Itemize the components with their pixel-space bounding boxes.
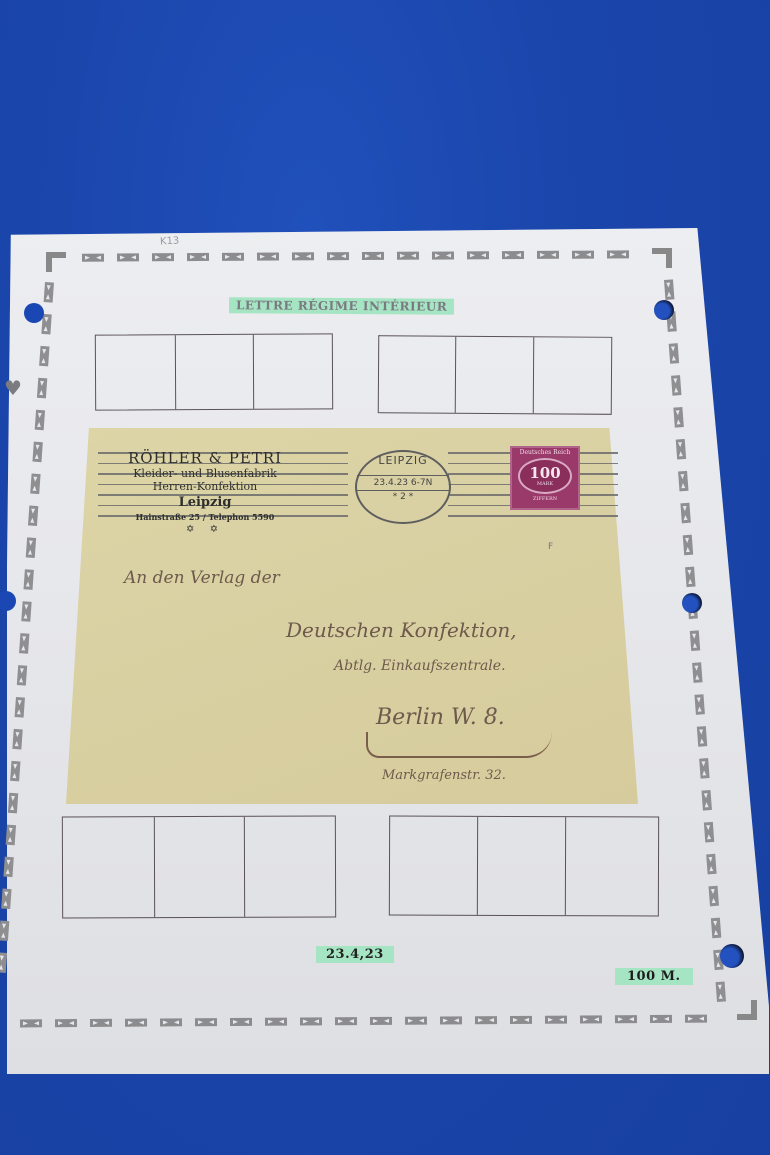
stamp-mount — [155, 817, 245, 917]
date-label: 23.4,23 — [316, 946, 394, 963]
frame-tile — [39, 346, 49, 367]
frame-tile — [222, 253, 244, 261]
frame-tile — [32, 442, 42, 463]
handwritten-address-line: Berlin W. 8. — [376, 705, 505, 730]
frame-tile — [37, 378, 47, 399]
frame-tile — [694, 694, 704, 715]
frame-tile — [300, 1017, 322, 1025]
frame-tile — [3, 857, 13, 878]
stamp-country: Deutsches Reich — [510, 449, 580, 456]
frame-tile — [125, 1019, 147, 1027]
postmark-city: LEIPZIG — [357, 454, 449, 467]
underline-flourish — [366, 732, 552, 758]
frame-tile — [230, 1018, 252, 1026]
frame-tile — [152, 253, 174, 261]
frame-tile — [671, 375, 681, 396]
frame-tile — [160, 1018, 182, 1026]
frame-tile — [292, 252, 314, 260]
heart-icon: ♥ — [4, 380, 26, 396]
postage-stamp: Deutsches Reich 100 MARK ZIFFERN — [510, 446, 580, 510]
frame-tile — [716, 981, 726, 1002]
frame-tile — [699, 758, 709, 779]
stamp-mount — [456, 337, 535, 414]
pencil-note: K13 — [160, 236, 180, 248]
stamp-mount — [176, 335, 254, 409]
postmark-date: 23.4.23 6-7N — [357, 475, 449, 491]
stamp-mount — [390, 817, 478, 915]
binder-hole — [720, 944, 744, 968]
frame-tile — [17, 665, 27, 686]
frame-tile — [405, 1017, 427, 1025]
frame-tile — [1, 889, 11, 910]
frame-tile — [676, 439, 686, 460]
frame-tile — [510, 1016, 532, 1024]
frame-tile — [502, 251, 524, 259]
frame-tile — [572, 251, 594, 259]
stamp-mount-row-top-right — [378, 335, 613, 415]
frame-tile — [669, 343, 679, 364]
frame-tile — [704, 822, 714, 843]
postmark: LEIPZIG 23.4.23 6-7N * 2 * — [355, 450, 451, 524]
frame-tile — [701, 790, 711, 811]
pencil-mark: F — [548, 542, 553, 552]
sender-city: Leipzig — [105, 495, 305, 510]
stamp-mount — [379, 336, 457, 413]
frame-tile — [55, 1019, 77, 1027]
frame-tile — [265, 1018, 287, 1026]
sender-name: RÖHLER & PETRI — [105, 449, 305, 467]
frame-tile — [187, 253, 209, 261]
star-icons: ✡ ✡ — [105, 524, 305, 535]
frame-tile — [680, 503, 690, 524]
frame-tile — [397, 252, 419, 260]
frame-tile — [28, 505, 38, 526]
binder-hole — [24, 303, 44, 323]
frame-tile — [683, 535, 693, 556]
stamp-mount — [63, 817, 155, 917]
frame-tile — [711, 918, 721, 939]
frame-tile — [685, 1015, 707, 1023]
page-title-label: LETTRE RÉGIME INTÉRIEUR — [229, 297, 454, 315]
frame-tile — [440, 1016, 462, 1024]
stamp-mount — [566, 817, 658, 915]
frame-tile — [195, 1018, 217, 1026]
handwritten-address-line: Abtlg. Einkaufszentrale. — [334, 658, 506, 674]
sender-line: Herren-Konfektion — [105, 480, 305, 493]
frame-tile — [664, 279, 674, 300]
frame-tile — [685, 567, 695, 588]
frame-tile — [6, 825, 16, 846]
frame-tile — [21, 601, 31, 622]
frame-tile — [327, 252, 349, 260]
frame-tile — [615, 1015, 637, 1023]
frame-tile — [690, 630, 700, 651]
frame-tile — [432, 251, 454, 259]
stamp-value: 100 — [529, 466, 560, 481]
frame-tile — [19, 633, 29, 654]
stamp-mount — [478, 817, 566, 915]
stamp-mount-row-bottom-right — [389, 816, 659, 917]
stamp-mount-row-top-left — [95, 333, 333, 410]
stamp-mount — [245, 817, 335, 917]
value-label: 100 M. — [615, 968, 693, 985]
stamp-mount — [96, 335, 176, 409]
frame-tile — [82, 254, 104, 262]
frame-tile — [257, 253, 279, 261]
stamp-mount — [534, 337, 612, 414]
stamp-mount — [254, 334, 332, 408]
stamp-value-oval: 100 MARK — [518, 458, 572, 494]
frame-tile — [15, 697, 25, 718]
frame-tile — [12, 729, 22, 750]
frame-tile — [10, 761, 20, 782]
frame-tile — [370, 1017, 392, 1025]
frame-tile — [26, 537, 36, 558]
frame-tile — [24, 569, 34, 590]
frame-corner-top-right — [652, 248, 672, 268]
frame-tile — [0, 952, 7, 973]
frame-corner-top-left — [46, 252, 66, 272]
frame-tile — [362, 252, 384, 260]
frame-tile — [30, 474, 40, 495]
frame-tile — [692, 662, 702, 683]
postmark-number: * 2 * — [357, 492, 449, 502]
handwritten-address-line: An den Verlag der — [124, 568, 280, 588]
frame-tile — [706, 854, 716, 875]
frame-tile — [35, 410, 45, 431]
frame-tile — [117, 253, 139, 261]
stamp-mount-row-bottom-left — [62, 816, 336, 919]
frame-tile — [673, 407, 683, 428]
frame-tile — [650, 1015, 672, 1023]
frame-tile — [0, 920, 9, 941]
sender-line: Kleider- und Blusenfabrik — [105, 467, 305, 480]
frame-tile — [335, 1017, 357, 1025]
binder-hole — [682, 593, 702, 613]
frame-tile — [44, 282, 54, 303]
frame-tile — [475, 1016, 497, 1024]
frame-tile — [580, 1015, 602, 1023]
frame-corner-bottom-right — [737, 1000, 757, 1020]
frame-tile — [467, 251, 489, 259]
frame-tile — [20, 1019, 42, 1027]
sender-imprint: RÖHLER & PETRI Kleider- und Blusenfabrik… — [105, 449, 305, 535]
stamp-unit: MARK — [537, 481, 553, 487]
handwritten-address-line: Deutschen Konfektion, — [286, 618, 517, 642]
frame-tile — [90, 1019, 112, 1027]
frame-tile — [697, 726, 707, 747]
frame-tile — [607, 250, 629, 258]
sender-address: Hainstraße 25 / Telephon 5590 — [105, 512, 305, 522]
binder-hole — [654, 300, 674, 320]
frame-tile — [678, 471, 688, 492]
frame-tile — [537, 251, 559, 259]
frame-tile — [8, 793, 18, 814]
frame-tile — [545, 1016, 567, 1024]
stamp-bottom-text: ZIFFERN — [510, 496, 580, 502]
handwritten-address-line: Markgrafenstr. 32. — [382, 768, 506, 783]
frame-tile — [709, 886, 719, 907]
